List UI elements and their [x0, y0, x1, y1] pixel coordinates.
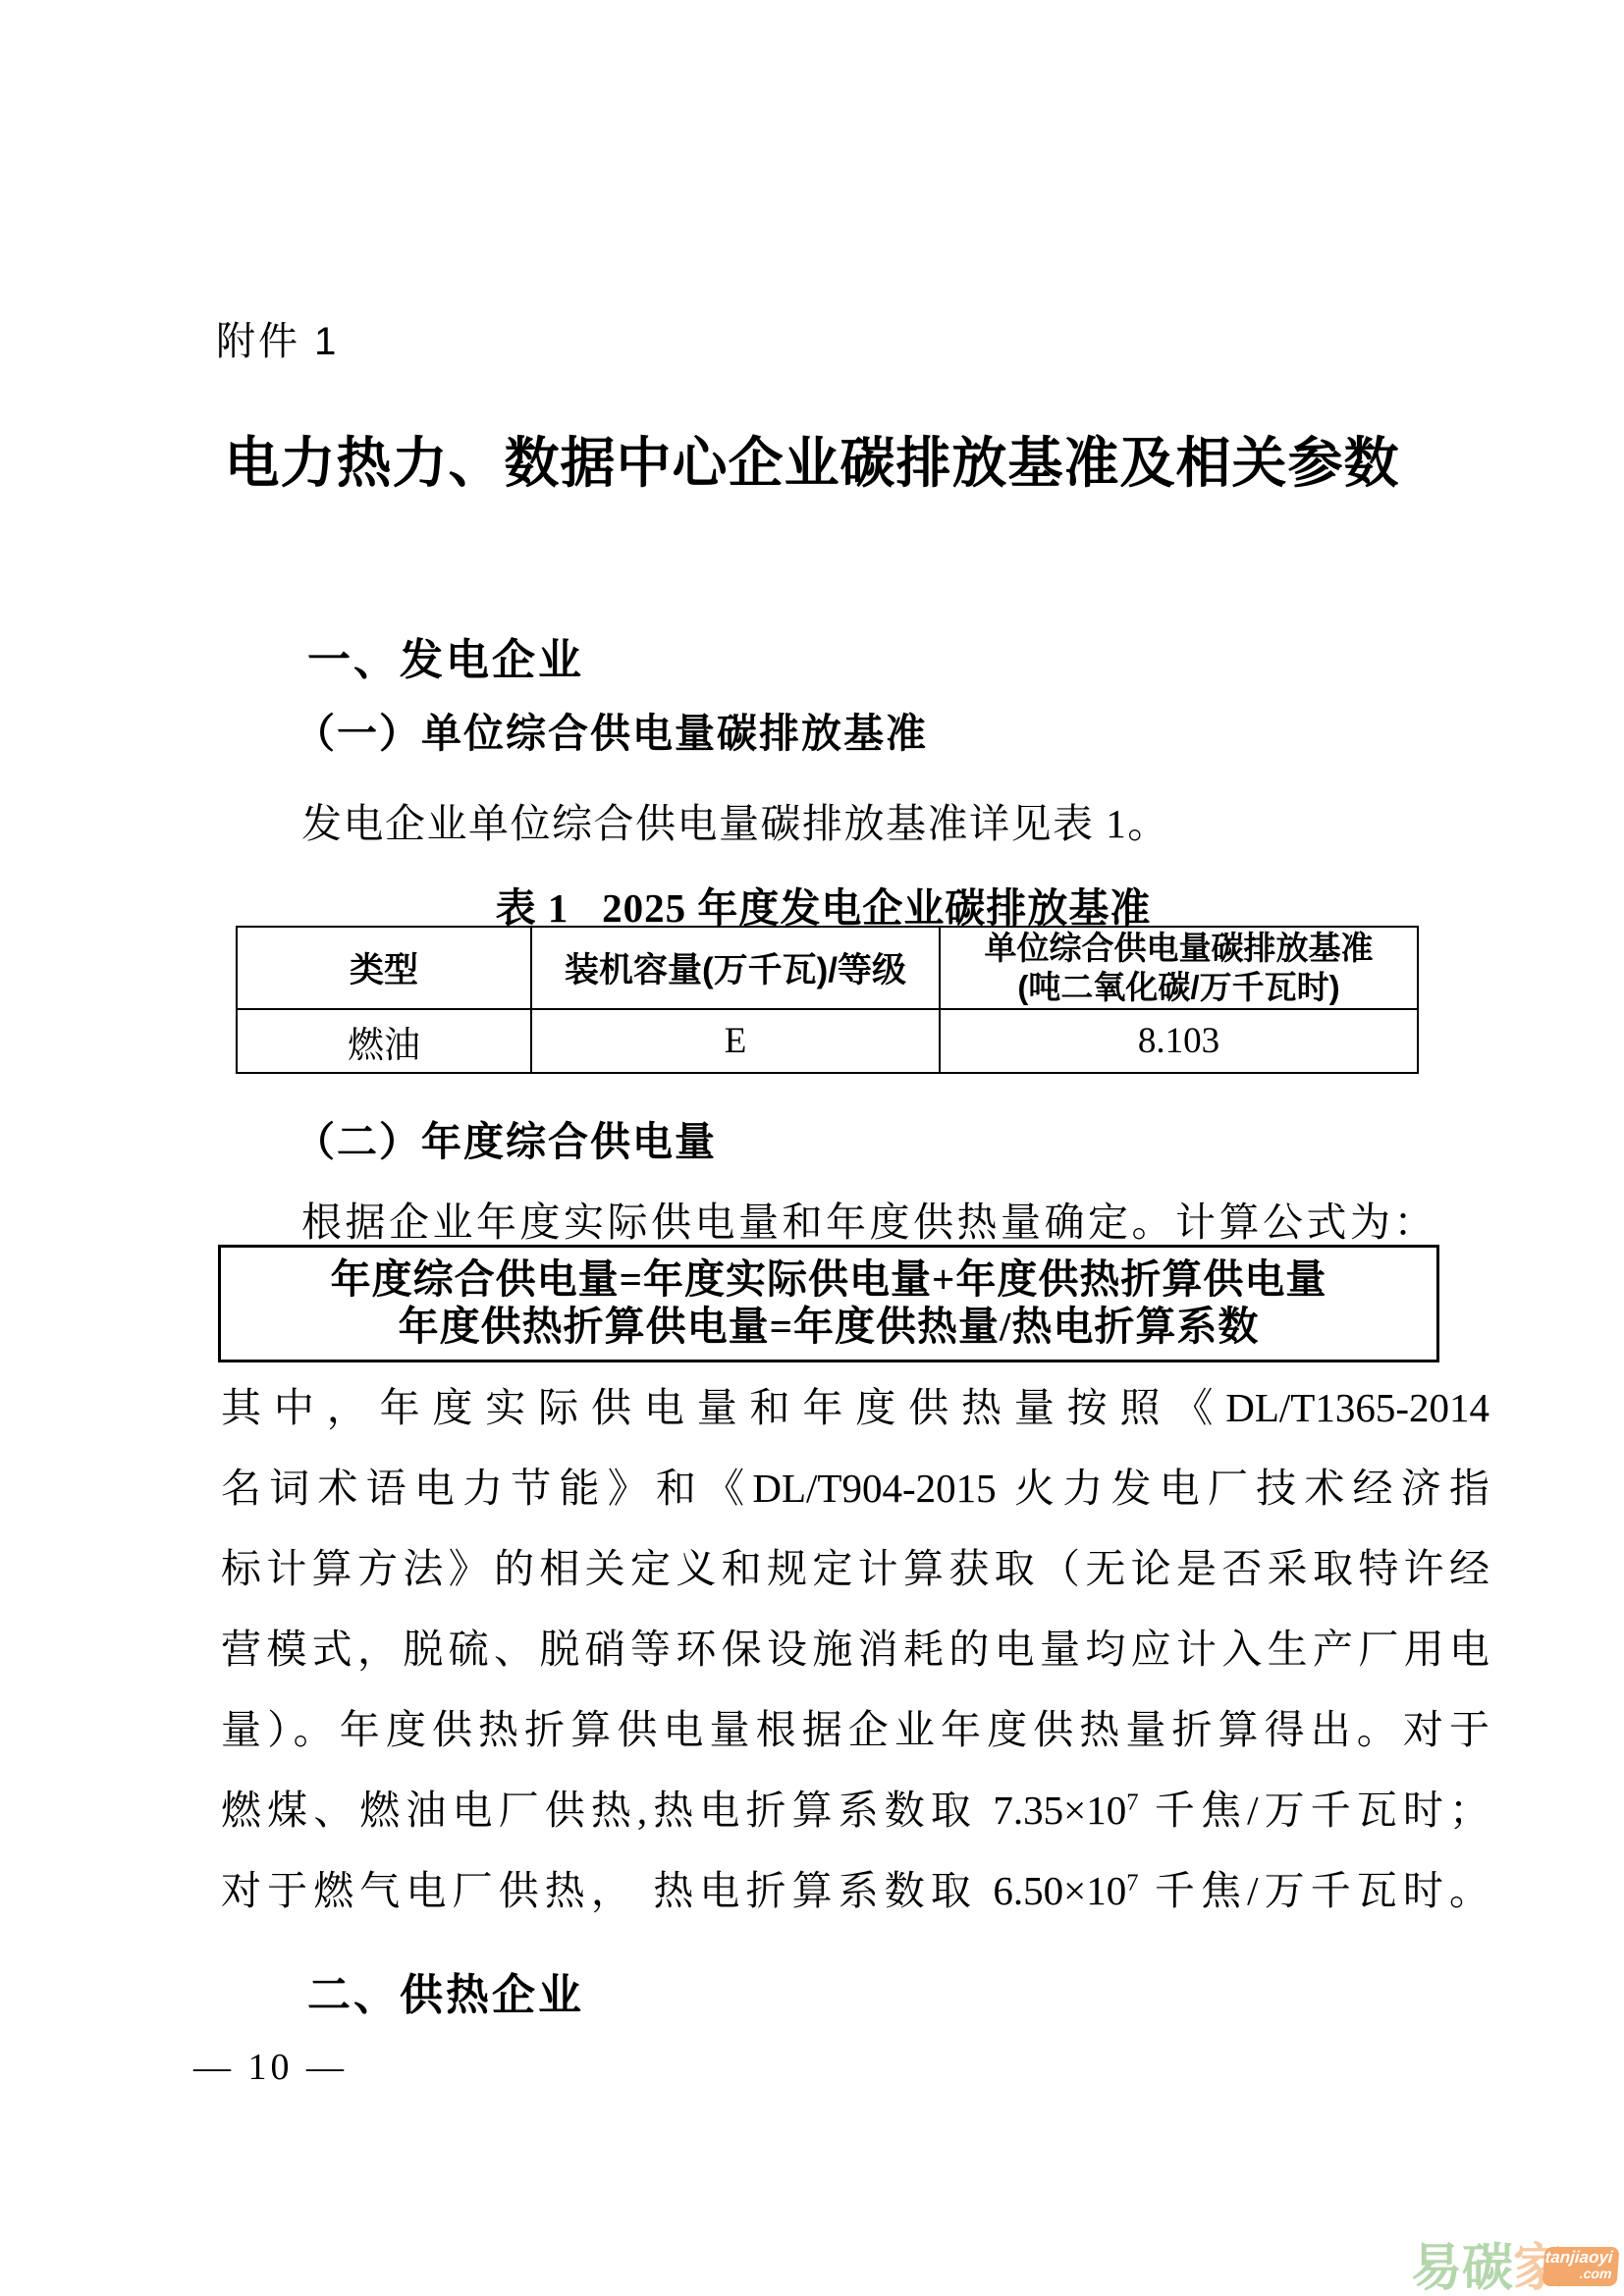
line-6-text: 燃煤、燃油电厂供热,热电折算系数取 7.35×10 [221, 1788, 1126, 1833]
watermark-logo: 易碳家 tanjiaoyi .com [1411, 2226, 1624, 2291]
section-1-heading: 一、发电企业 [307, 624, 584, 687]
formula-box: 年度综合供电量=年度实际供电量+年度供热折算供电量 年度供热折算供电量=年度供热… [218, 1245, 1439, 1362]
section-1-1-heading: （一）单位综合供电量碳排放基准 [295, 701, 928, 759]
table-cell-type: 燃油 [237, 1009, 531, 1073]
table-1-header-baseline-line2: (吨二氧化碳/万千瓦时) [941, 968, 1417, 1007]
watermark-badge-line1: tanjiaoyi [1543, 2249, 1613, 2267]
paragraph-line-6: 燃煤、燃油电厂供热,热电折算系数取 7.35×107 千焦/万千瓦时； [221, 1785, 1489, 1865]
body-paragraph: 其中，年度实际供电量和年度供热量按照《DL/T1365-2014 名词术语电力节… [221, 1382, 1489, 1946]
table-cell-value: 8.103 [940, 1009, 1418, 1073]
paragraph-line-5: 量）。年度供热折算供电量根据企业年度供热量折算得出。对于 [221, 1704, 1489, 1785]
watermark-badge: tanjiaoyi .com [1543, 2247, 1620, 2286]
paragraph-line-1: 其中，年度实际供电量和年度供热量按照《DL/T1365-2014 [221, 1382, 1489, 1463]
line-6-unit: 千焦/万千瓦时； [1139, 1788, 1489, 1833]
document-title: 电力热力、数据中心企业碳排放基准及相关参数 [0, 420, 1624, 499]
attachment-label: 附件 1 [216, 310, 339, 366]
table-1-header-capacity: 装机容量(万千瓦)/等级 [531, 927, 940, 1009]
line-7-exponent: 7 [1126, 1869, 1138, 1896]
formula-line-2: 年度供热折算供电量=年度供热量/热电折算系数 [221, 1303, 1436, 1350]
watermark-green-text: 易碳 [1411, 2240, 1513, 2296]
section-1-2-heading: （二）年度综合供电量 [295, 1109, 717, 1167]
paragraph-line-4: 营模式，脱硫、脱硝等环保设施消耗的电量均应计入生产厂用电 [221, 1624, 1489, 1704]
table-1-header-row: 类型 装机容量(万千瓦)/等级 单位综合供电量碳排放基准 (吨二氧化碳/万千瓦时… [237, 927, 1418, 1009]
paragraph-line-2: 名词术语电力节能》和《DL/T904-2015 火力发电厂技术经济指 [221, 1463, 1489, 1543]
section-1-1-paragraph: 发电企业单位综合供电量碳排放基准详见表 1。 [221, 791, 1497, 849]
table-row: 燃油 E 8.103 [237, 1009, 1418, 1073]
watermark-badge-line2: .com [1543, 2267, 1612, 2281]
table-1-header-baseline: 单位综合供电量碳排放基准 (吨二氧化碳/万千瓦时) [940, 927, 1418, 1009]
table-1-header-type: 类型 [237, 927, 531, 1009]
line-7-unit: 千焦/万千瓦时。 [1139, 1868, 1489, 1913]
section-2-heading: 二、供热企业 [307, 1959, 584, 2022]
formula-line-1: 年度综合供电量=年度实际供电量+年度供热折算供电量 [221, 1255, 1436, 1303]
table-1-header-baseline-line1: 单位综合供电量碳排放基准 [941, 929, 1417, 968]
line-6-exponent: 7 [1126, 1789, 1138, 1815]
paragraph-line-7: 对于燃气电厂供热， 热电折算系数取 6.50×107 千焦/万千瓦时。 [221, 1865, 1489, 1946]
table-1: 类型 装机容量(万千瓦)/等级 单位综合供电量碳排放基准 (吨二氧化碳/万千瓦时… [236, 926, 1419, 1074]
paragraph-line-3: 标计算方法》的相关定义和规定计算获取（无论是否采取特许经 [221, 1543, 1489, 1624]
section-1-2-intro: 根据企业年度实际供电量和年度供热量确定。计算公式为： [221, 1190, 1497, 1248]
document-page: 附件 1 电力热力、数据中心企业碳排放基准及相关参数 一、发电企业 （一）单位综… [0, 0, 1624, 2296]
page-number: — 10 — [193, 2046, 348, 2089]
line-7-text: 对于燃气电厂供热， 热电折算系数取 6.50×10 [221, 1868, 1126, 1913]
table-cell-grade: E [531, 1009, 940, 1073]
